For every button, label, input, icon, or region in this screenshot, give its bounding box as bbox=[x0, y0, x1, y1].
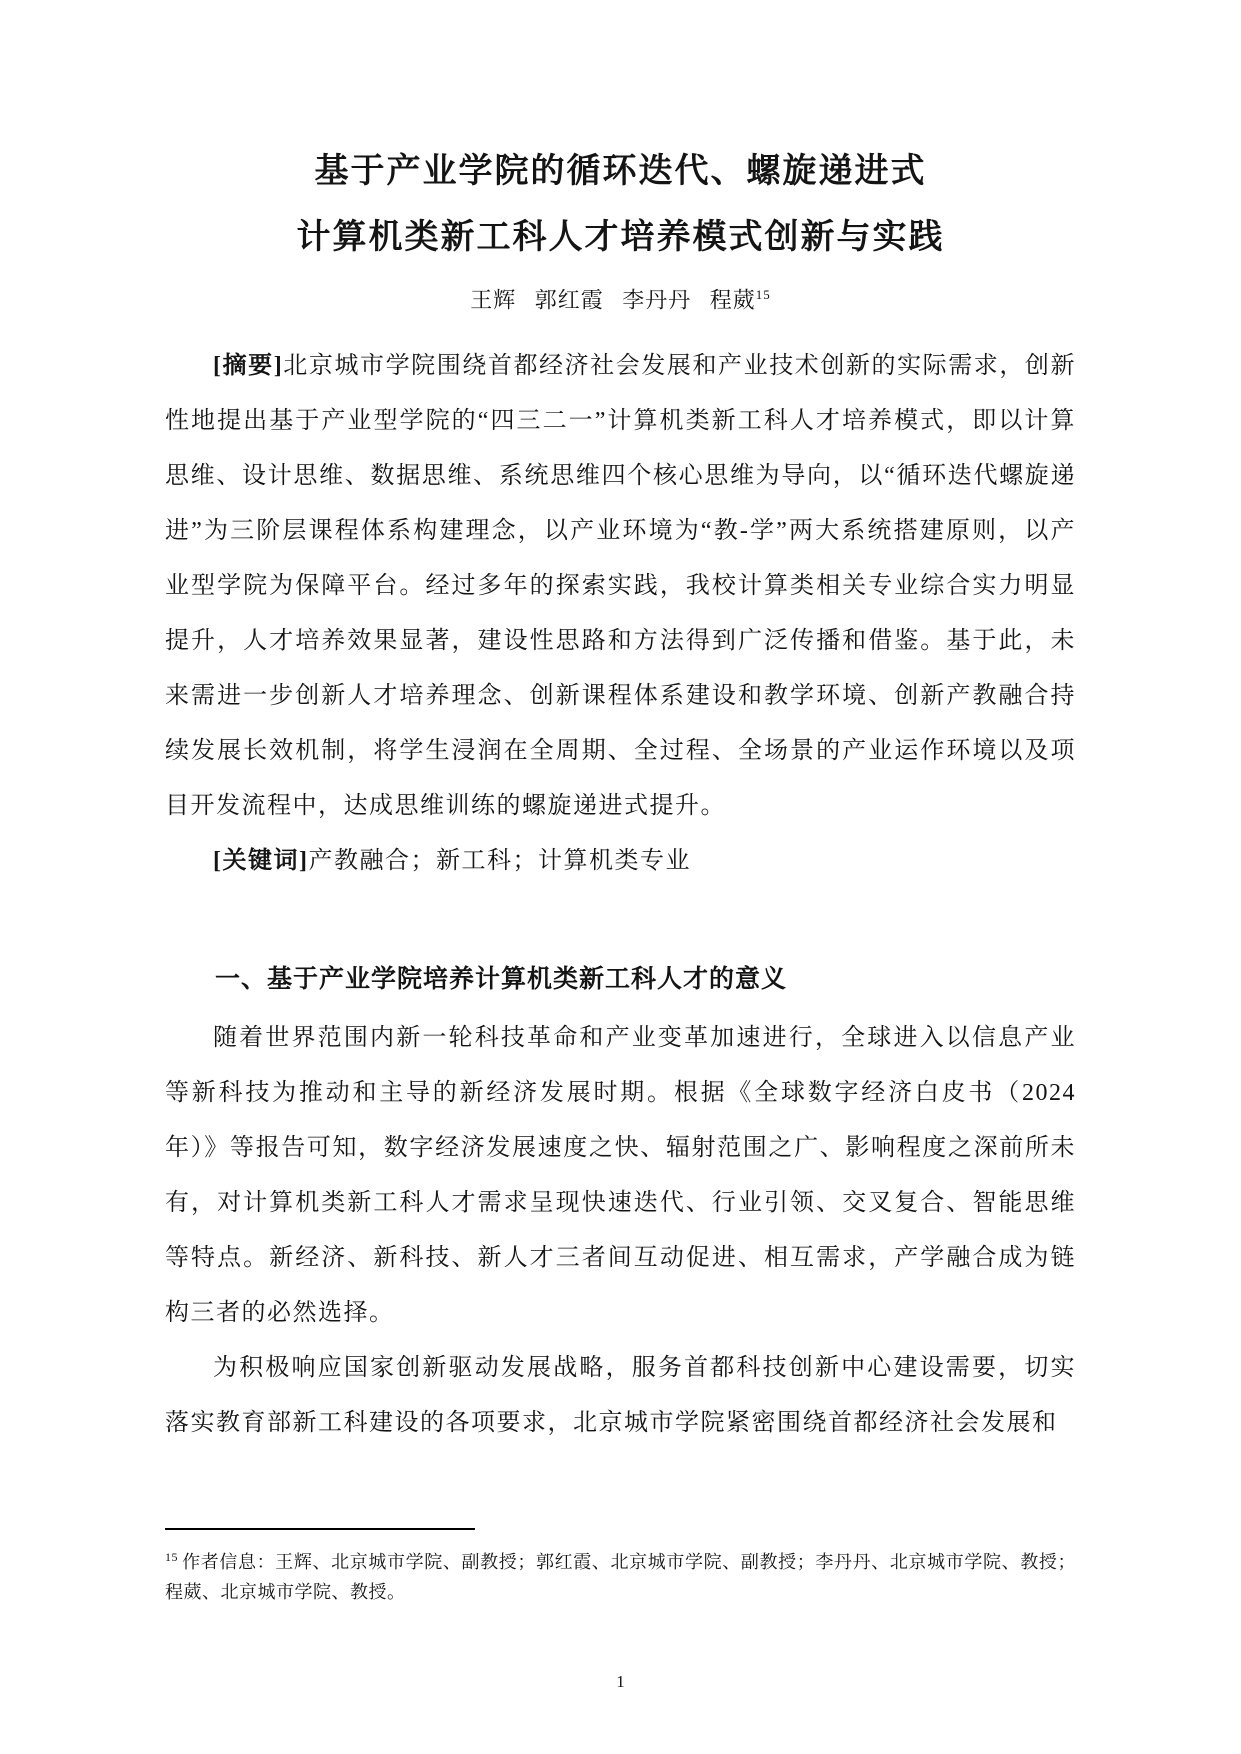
paper-title-line1: 基于产业学院的循环迭代、螺旋递进式 bbox=[165, 148, 1076, 196]
authors-line: 王辉 郭红霞 李丹丹 程葳15 bbox=[165, 280, 1076, 315]
section-1-paragraph-1: 随着世界范围内新一轮科技革命和产业变革加速进行，全球进入以信息产业等新科技为推动… bbox=[165, 1011, 1076, 1341]
keywords-label: [关键词] bbox=[213, 848, 308, 874]
abstract-label: [摘要] bbox=[213, 353, 283, 379]
abstract-paragraph: [摘要]北京城市学院围绕首都经济社会发展和产业技术创新的实际需求，创新性地提出基… bbox=[165, 339, 1076, 834]
paper-page: 基于产业学院的循环迭代、螺旋递进式 计算机类新工科人才培养模式创新与实践 王辉 … bbox=[0, 0, 1241, 1754]
footnote-mark: 15 bbox=[165, 1550, 178, 1564]
section-1-paragraph-2: 为积极响应国家创新驱动发展战略，服务首都科技创新中心建设需要，切实落实教育部新工… bbox=[165, 1341, 1076, 1451]
footnote-separator bbox=[165, 1528, 475, 1530]
page-number: 1 bbox=[0, 1672, 1241, 1692]
footnote-area: 15作者信息：王辉、北京城市学院、副教授；郭红霞、北京城市学院、副教授；李丹丹、… bbox=[165, 1528, 1076, 1607]
paper-title-line2: 计算机类新工科人才培养模式创新与实践 bbox=[165, 214, 1076, 262]
keywords-paragraph: [关键词]产教融合；新工科；计算机类专业 bbox=[165, 834, 1076, 889]
abstract-text: 北京城市学院围绕首都经济社会发展和产业技术创新的实际需求，创新性地提出基于产业型… bbox=[165, 353, 1076, 819]
footnote-text: 作者信息：王辉、北京城市学院、副教授；郭红霞、北京城市学院、副教授；李丹丹、北京… bbox=[165, 1552, 1076, 1602]
author-names: 王辉 郭红霞 李丹丹 程葳 bbox=[470, 287, 756, 312]
author-footnote-ref: 15 bbox=[756, 287, 771, 302]
footnote: 15作者信息：王辉、北京城市学院、副教授；郭红霞、北京城市学院、副教授；李丹丹、… bbox=[165, 1542, 1076, 1607]
section-1-heading: 一、基于产业学院培养计算机类新工科人才的意义 bbox=[165, 959, 1076, 999]
keywords-text: 产教融合；新工科；计算机类专业 bbox=[308, 848, 691, 874]
